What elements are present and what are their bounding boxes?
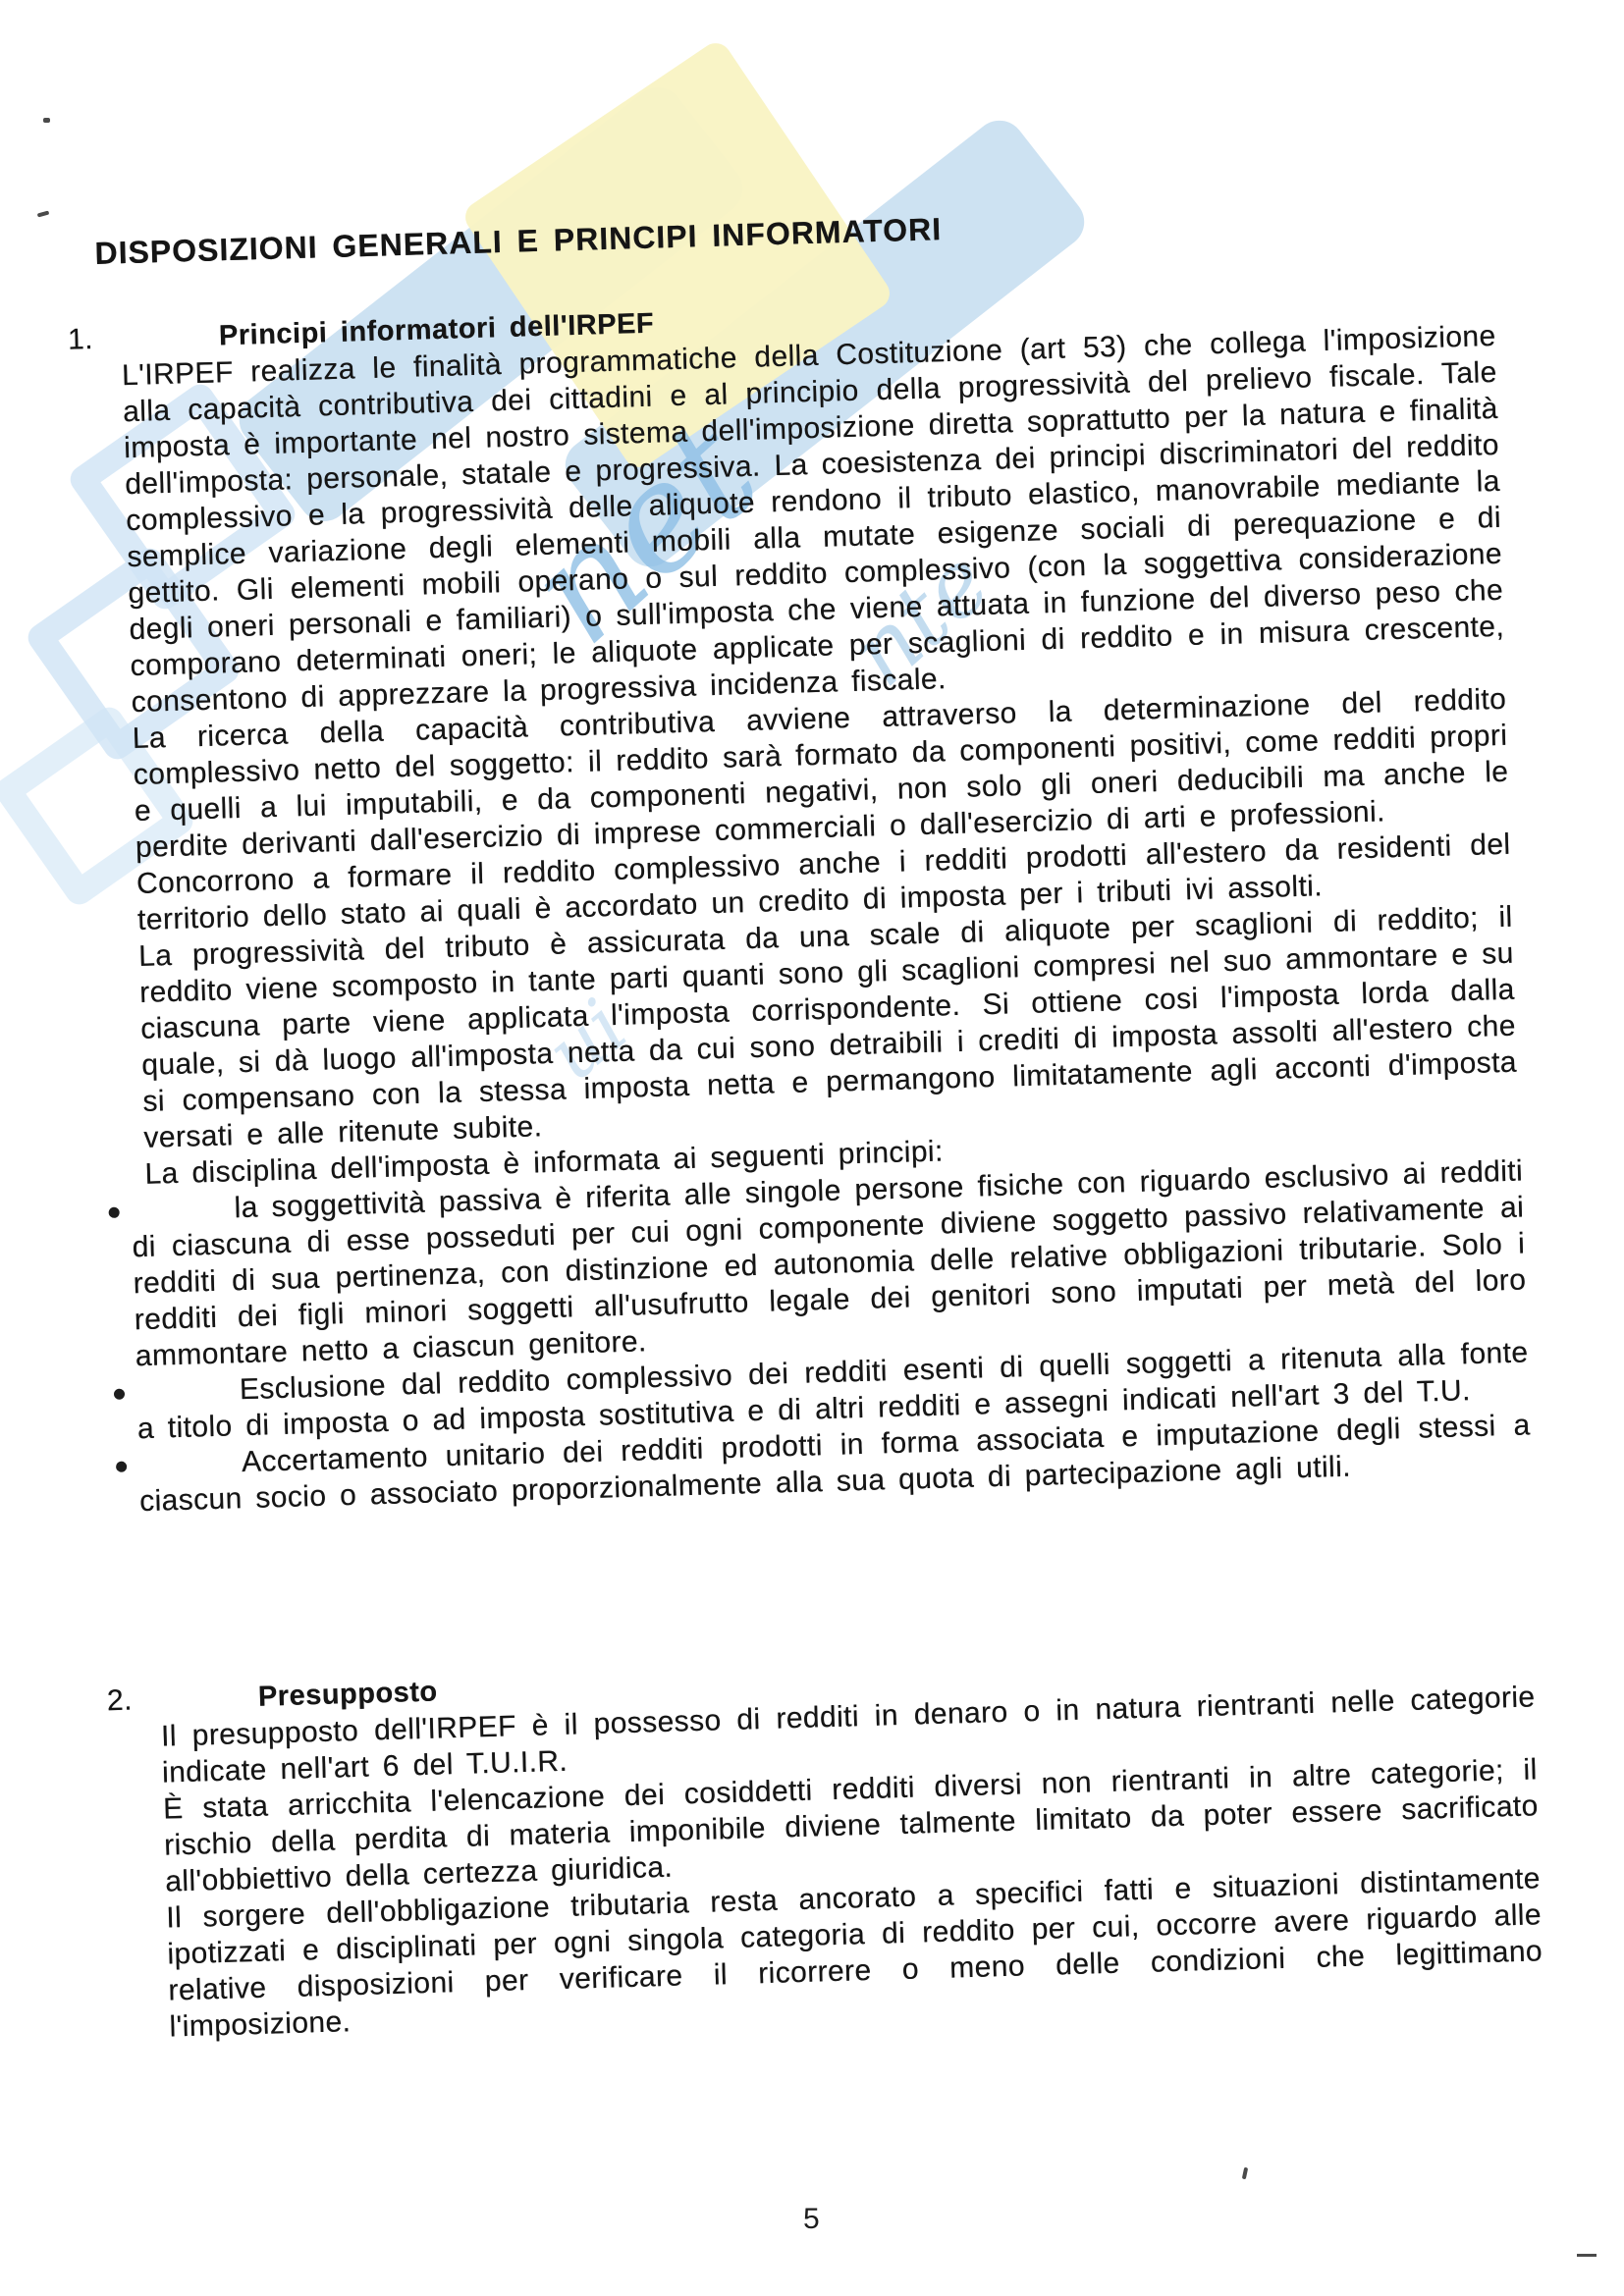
section-principi-informatori: 1. Principi informatori dell'IRPEF L'IRP… bbox=[62, 280, 1547, 1521]
scan-speck bbox=[43, 118, 50, 123]
scanned-document-page: net nte ui DISPOSIZIONI GENERALI E PRINC… bbox=[0, 0, 1624, 2296]
paragraph: La progressività del tributo è assicurat… bbox=[138, 899, 1519, 1156]
scan-speck bbox=[1577, 2254, 1597, 2257]
paragraph: L'IRPEF realizza le finalità programmati… bbox=[122, 318, 1506, 721]
section-2-number: 2. bbox=[100, 1679, 258, 1721]
section-1-number: 1. bbox=[62, 317, 220, 359]
principles-bullet-list: la soggettività passiva è riferita alle … bbox=[131, 1152, 1532, 1520]
section-presupposto: 2. Presupposto Il presupposto dell'IRPEF… bbox=[100, 1641, 1561, 2047]
page-number: 5 bbox=[803, 2203, 820, 2236]
document-content: DISPOSIZIONI GENERALI E PRINCIPI INFORMA… bbox=[59, 193, 1562, 2047]
